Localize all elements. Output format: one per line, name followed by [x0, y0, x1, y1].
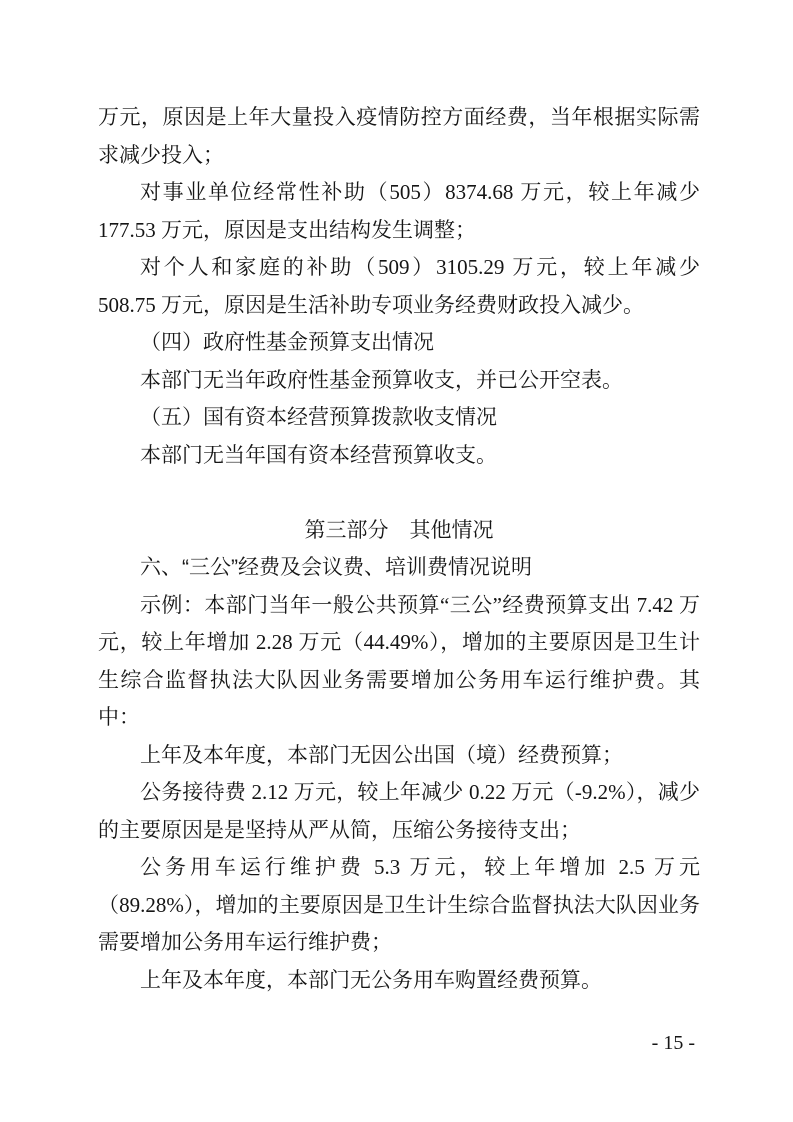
paragraph-vehicle-purchase: 上年及本年度，本部门无公务用车购置经费预算。: [98, 962, 700, 1000]
paragraph-government-fund: 本部门无当年政府性基金预算收支，并已公开空表。: [98, 362, 700, 400]
section-heading-three-public-funds: 六、“三公”经费及会议费、培训费情况说明: [98, 549, 700, 587]
paragraph-subsidy-institutions: 对事业单位经常性补助（505）8374.68 万元，较上年减少 177.53 万…: [98, 174, 700, 249]
section-heading-government-fund: （四）政府性基金预算支出情况: [98, 324, 700, 362]
paragraph-vehicle-maintenance: 公务用车运行维护费 5.3 万元，较上年增加 2.5 万元（89.28%），增加…: [98, 849, 700, 962]
paragraph-continuation: 万元，原因是上年大量投入疫情防控方面经费，当年根据实际需求减少投入；: [98, 99, 700, 174]
document-body: 万元，原因是上年大量投入疫情防控方面经费，当年根据实际需求减少投入； 对事业单位…: [98, 99, 700, 999]
page-number: - 15 -: [652, 1030, 695, 1056]
paragraph-subsidy-individuals: 对个人和家庭的补助（509）3105.29 万元，较上年减少 508.75 万元…: [98, 249, 700, 324]
paragraph-official-reception: 公务接待费 2.12 万元，较上年减少 0.22 万元（-9.2%），减少的主要…: [98, 774, 700, 849]
paragraph-three-public-overview: 示例：本部门当年一般公共预算“三公”经费预算支出 7.42 万元，较上年增加 2…: [98, 587, 700, 737]
blank-line: [98, 474, 700, 512]
document-page: 万元，原因是上年大量投入疫情防控方面经费，当年根据实际需求减少投入； 对事业单位…: [0, 0, 793, 1122]
part-heading-third-part: 第三部分 其他情况: [98, 512, 700, 550]
paragraph-overseas-trips: 上年及本年度，本部门无因公出国（境）经费预算；: [98, 737, 700, 775]
paragraph-state-capital: 本部门无当年国有资本经营预算收支。: [98, 437, 700, 475]
section-heading-state-capital: （五）国有资本经营预算拨款收支情况: [98, 399, 700, 437]
